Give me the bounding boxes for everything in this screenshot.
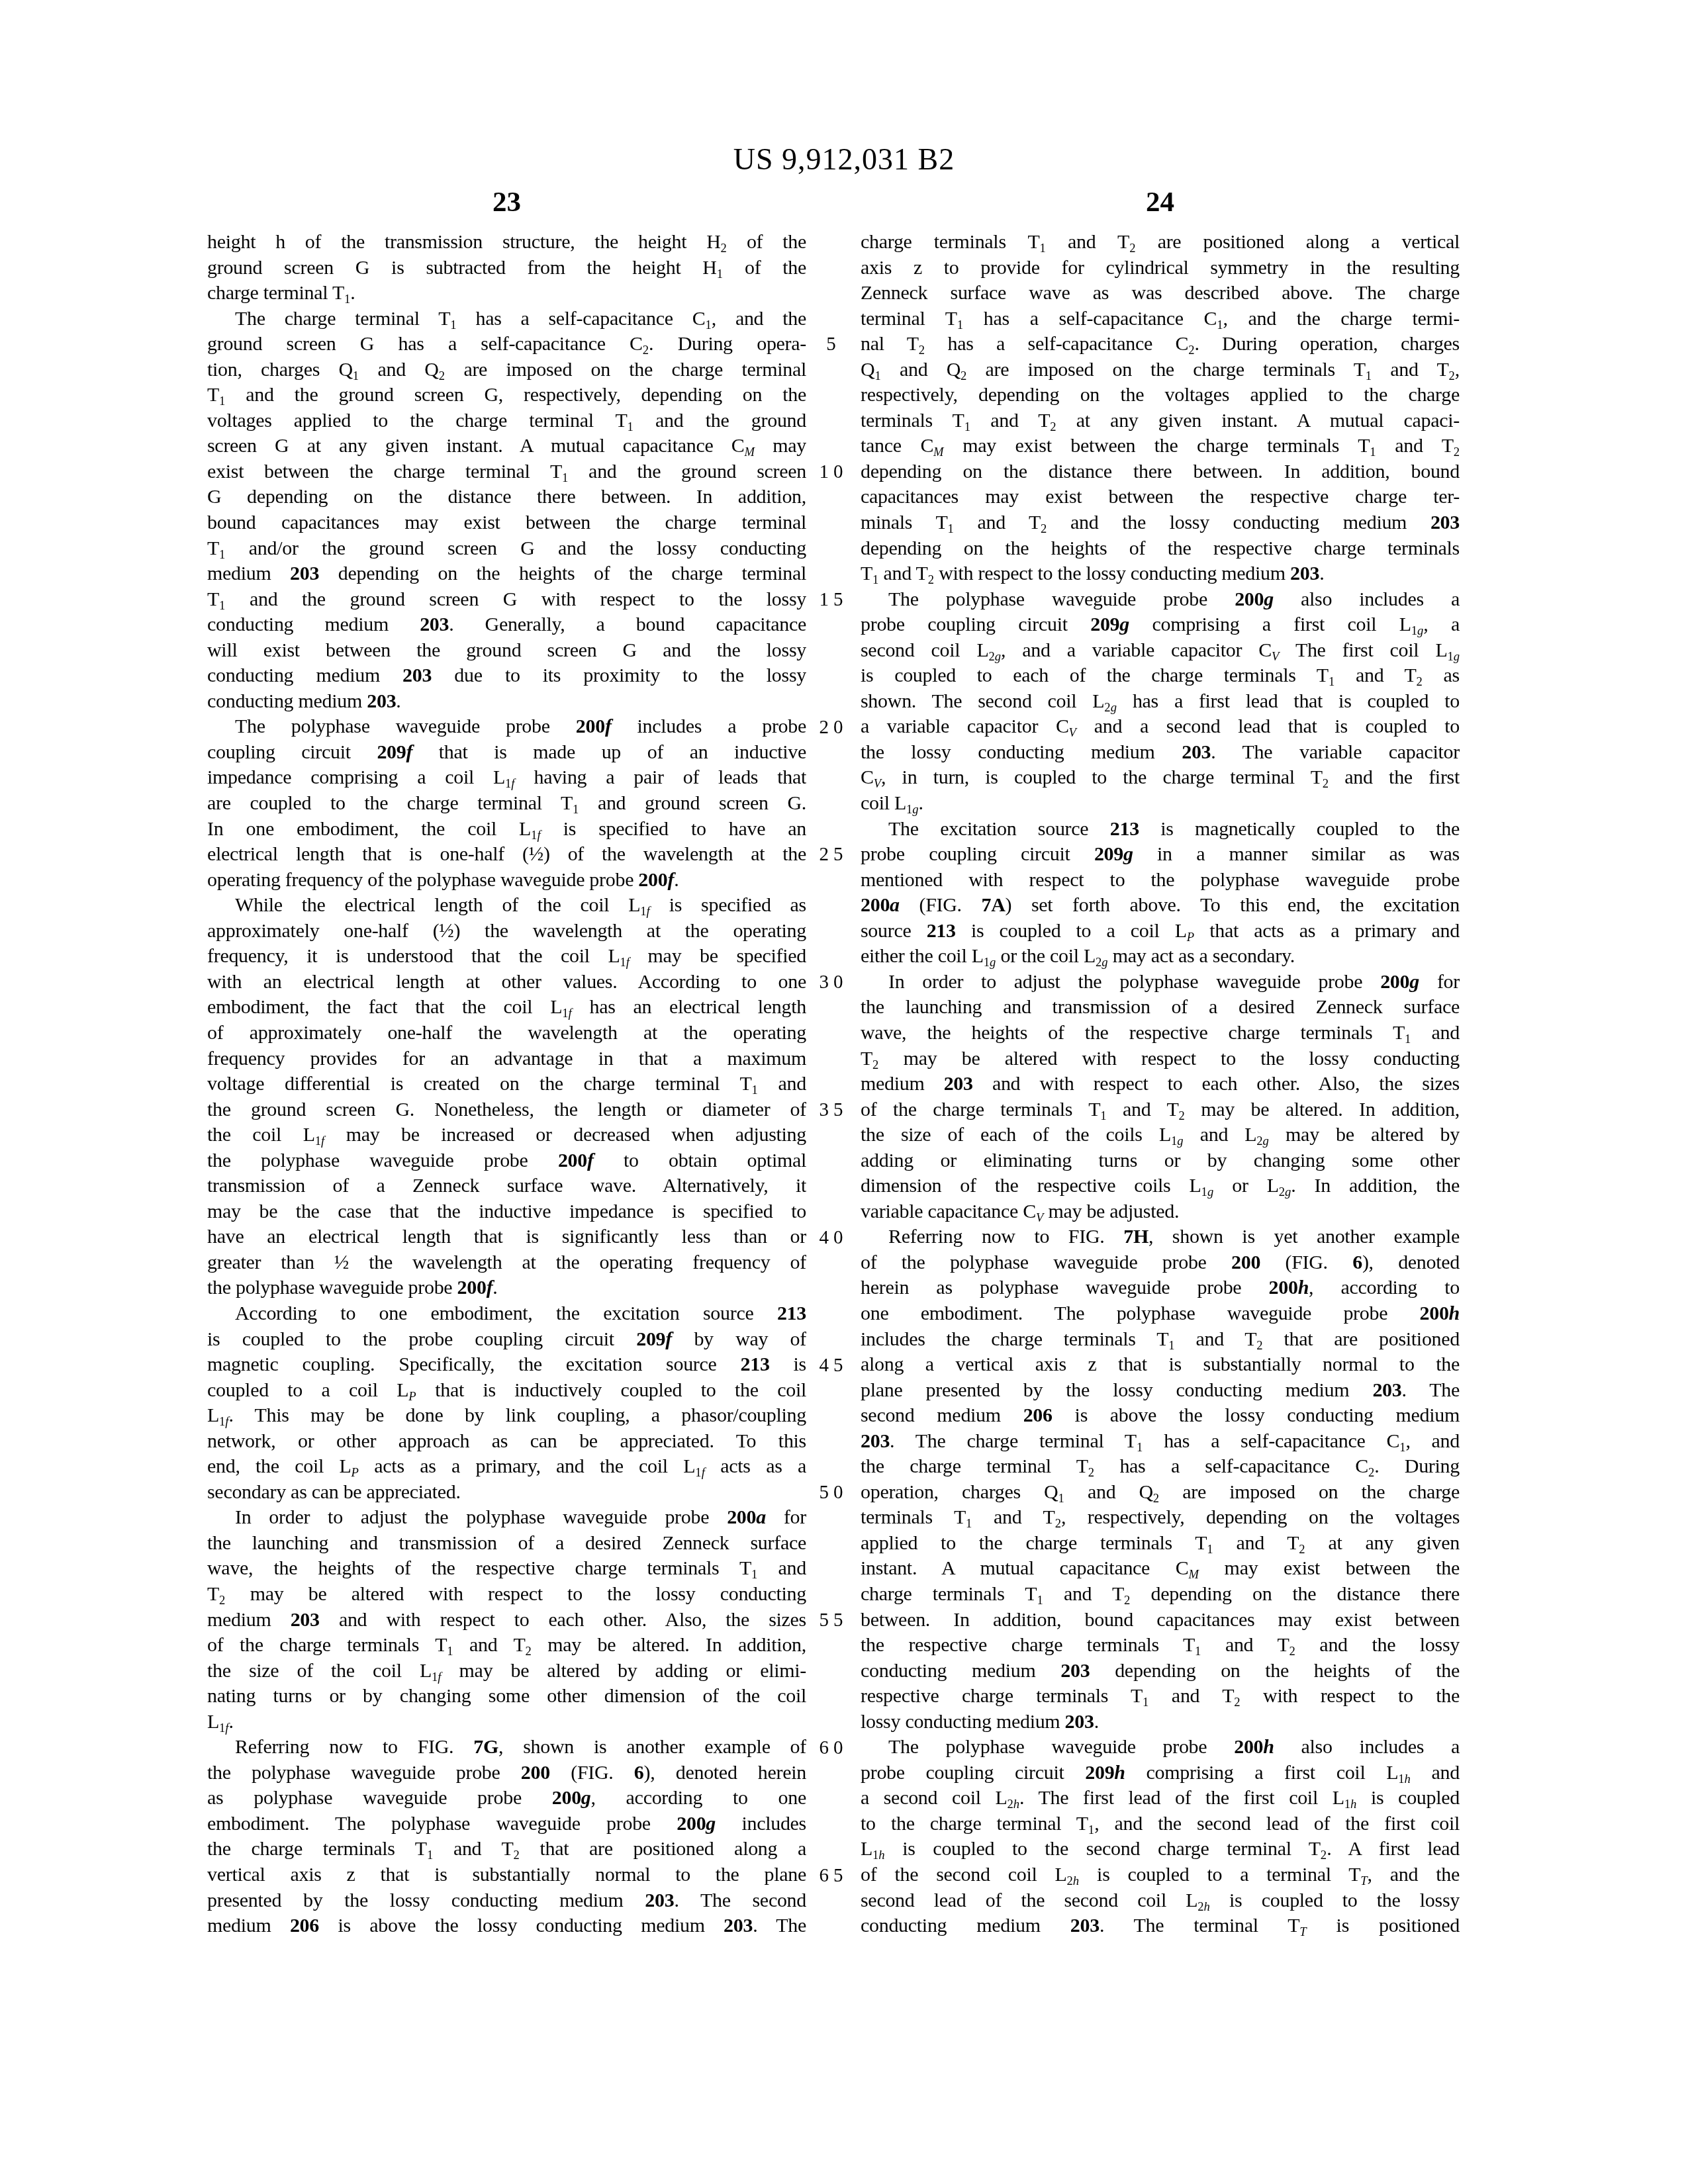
text-line: the size of the coil L1f may be altered …: [207, 1659, 806, 1684]
text-line: is coupled to the probe coupling circuit…: [207, 1327, 806, 1353]
text-line: T1 and/or the ground screen G and the lo…: [207, 536, 806, 562]
text-line: the launching and transmission of a desi…: [207, 1531, 806, 1557]
text-line: conducting medium 203.: [207, 689, 806, 715]
text-line: Q1 and Q2 are imposed on the charge term…: [861, 357, 1460, 383]
column-right-text: charge terminals T1 and T2 are positione…: [861, 230, 1460, 1939]
text-line: of the second coil L2h is coupled to a t…: [861, 1862, 1460, 1888]
text-line: T2 may be altered with respect to the lo…: [207, 1582, 806, 1608]
line-number: 25: [806, 842, 861, 868]
text-line: the charge terminals T1 and T2 that are …: [207, 1837, 806, 1862]
line-number: 20: [806, 715, 861, 741]
text-line: the coil L1f may be increased or decreas…: [207, 1122, 806, 1148]
text-line: is coupled to each of the charge termina…: [861, 663, 1460, 689]
text-line: The polyphase waveguide probe 200h also …: [861, 1735, 1460, 1760]
text-line: second medium 206 is above the lossy con…: [861, 1403, 1460, 1429]
text-line: includes the charge terminals T1 and T2 …: [861, 1327, 1460, 1353]
text-line: approximately one-half (½) the wavelengt…: [207, 919, 806, 944]
text-line: network, or other approach as can be app…: [207, 1429, 806, 1455]
text-line: embodiment, the fact that the coil L1f h…: [207, 995, 806, 1021]
text-line: L1h is coupled to the second charge term…: [861, 1837, 1460, 1862]
text-line: In order to adjust the polyphase wavegui…: [207, 1505, 806, 1531]
text-line: axis z to provide for cylindrical symmet…: [861, 255, 1460, 281]
text-line: tance CM may exist between the charge te…: [861, 433, 1460, 459]
text-line: charge terminals T1 and T2 are positione…: [861, 230, 1460, 255]
text-line: T1 and T2 with respect to the lossy cond…: [861, 561, 1460, 587]
text-line: source 213 is coupled to a coil LP that …: [861, 919, 1460, 944]
text-line: conducting medium 203 due to its proximi…: [207, 663, 806, 689]
text-line: instant. A mutual capacitance CM may exi…: [861, 1556, 1460, 1582]
text-line: second lead of the second coil L2h is co…: [861, 1888, 1460, 1914]
text-line: of the charge terminals T1 and T2 may be…: [861, 1097, 1460, 1123]
text-line: charge terminals T1 and T2 depending on …: [861, 1582, 1460, 1608]
text-line: The polyphase waveguide probe 200g also …: [861, 587, 1460, 613]
text-line: one embodiment. The polyphase waveguide …: [861, 1301, 1460, 1327]
text-line: a variable capacitor CV and a second lea…: [861, 714, 1460, 740]
text-line: may be the case that the inductive imped…: [207, 1199, 806, 1225]
text-line: the respective charge terminals T1 and T…: [861, 1633, 1460, 1659]
text-line: magnetic coupling. Specifically, the exc…: [207, 1352, 806, 1378]
text-line: probe coupling circuit 209g comprising a…: [861, 612, 1460, 638]
text-line: minals T1 and T2 and the lossy conductin…: [861, 510, 1460, 536]
column-number-right: 24: [861, 188, 1460, 216]
text-line: of approximately one-half the wavelength…: [207, 1021, 806, 1046]
line-number: 65: [806, 1863, 861, 1889]
text-line: depending on the heights of the respecti…: [861, 536, 1460, 562]
text-line: terminals T1 and T2, respectively, depen…: [861, 1505, 1460, 1531]
text-line: transmission of a Zenneck surface wave. …: [207, 1173, 806, 1199]
text-line: herein as polyphase waveguide probe 200h…: [861, 1275, 1460, 1301]
text-line: the charge terminal T2 has a self-capaci…: [861, 1454, 1460, 1480]
text-line: conducting medium 203. The terminal TT i…: [861, 1913, 1460, 1939]
text-line: of the polyphase waveguide probe 200 (FI…: [861, 1250, 1460, 1276]
text-line: probe coupling circuit 209h comprising a…: [861, 1760, 1460, 1786]
text-line: will exist between the ground screen G a…: [207, 638, 806, 664]
text-line: charge terminal T1.: [207, 281, 806, 306]
text-line: a second coil L2h. The first lead of the…: [861, 1786, 1460, 1811]
text-line: screen G at any given instant. A mutual …: [207, 433, 806, 459]
text-line: L1f.: [207, 1709, 806, 1735]
line-number: 10: [806, 459, 861, 485]
text-line: medium 203 and with respect to each othe…: [861, 1071, 1460, 1097]
text-line: CV, in turn, is coupled to the charge te…: [861, 765, 1460, 791]
text-line: vertical axis z that is substantially no…: [207, 1862, 806, 1888]
patent-number: US 9,912,031 B2: [0, 144, 1688, 175]
text-line: ground screen G has a self-capacitance C…: [207, 332, 806, 357]
text-line: terminals T1 and T2 at any given instant…: [861, 408, 1460, 434]
text-line: the polyphase waveguide probe 200f.: [207, 1275, 806, 1301]
line-number: 15: [806, 587, 861, 613]
text-line: greater than ½ the wavelength at the ope…: [207, 1250, 806, 1276]
text-line: While the electrical length of the coil …: [207, 893, 806, 919]
text-line: operating frequency of the polyphase wav…: [207, 868, 806, 893]
text-line: capacitances may exist between the respe…: [861, 484, 1460, 510]
text-line: variable capacitance CV may be adjusted.: [861, 1199, 1460, 1225]
line-number: 5: [806, 332, 861, 357]
text-line: either the coil L1g or the coil L2g may …: [861, 944, 1460, 970]
text-line: In one embodiment, the coil L1f is speci…: [207, 817, 806, 842]
text-line: applied to the charge terminals T1 and T…: [861, 1531, 1460, 1557]
text-line: electrical length that is one-half (½) o…: [207, 842, 806, 868]
text-line: the launching and transmission of a desi…: [861, 995, 1460, 1021]
text-line: tion, charges Q1 and Q2 are imposed on t…: [207, 357, 806, 383]
text-line: The excitation source 213 is magneticall…: [861, 817, 1460, 842]
text-line: terminal T1 has a self-capacitance C1, a…: [861, 306, 1460, 332]
text-line: coupled to a coil LP that is inductively…: [207, 1378, 806, 1404]
text-line: operation, charges Q1 and Q2 are imposed…: [861, 1480, 1460, 1506]
text-line: presented by the lossy conducting medium…: [207, 1888, 806, 1914]
text-line: secondary as can be appreciated.: [207, 1480, 806, 1506]
line-number: 30: [806, 970, 861, 995]
text-line: wave, the heights of the respective char…: [207, 1556, 806, 1582]
text-line: between. In addition, bound capacitances…: [861, 1608, 1460, 1633]
text-line: The charge terminal T1 has a self-capaci…: [207, 306, 806, 332]
text-line: voltage differential is created on the c…: [207, 1071, 806, 1097]
text-line: bound capacitances may exist between the…: [207, 510, 806, 536]
text-line: 203. The charge terminal T1 has a self-c…: [861, 1429, 1460, 1455]
text-line: medium 206 is above the lossy conducting…: [207, 1913, 806, 1939]
text-line: medium 203 and with respect to each othe…: [207, 1608, 806, 1633]
text-line: exist between the charge terminal T1 and…: [207, 459, 806, 485]
text-line: respective charge terminals T1 and T2 wi…: [861, 1684, 1460, 1709]
text-line: plane presented by the lossy conducting …: [861, 1378, 1460, 1404]
text-line: L1f. This may be done by link coupling, …: [207, 1403, 806, 1429]
text-line: the ground screen G. Nonetheless, the le…: [207, 1097, 806, 1123]
text-line: the polyphase waveguide probe 200 (FIG. …: [207, 1760, 806, 1786]
text-line: conducting medium 203 depending on the h…: [861, 1659, 1460, 1684]
line-number: 60: [806, 1735, 861, 1761]
text-line: height h of the transmission structure, …: [207, 230, 806, 255]
text-line: voltages applied to the charge terminal …: [207, 408, 806, 434]
text-line: embodiment. The polyphase waveguide prob…: [207, 1811, 806, 1837]
text-line: T1 and the ground screen G with respect …: [207, 587, 806, 613]
text-line: coupling circuit 209f that is made up of…: [207, 740, 806, 766]
text-line: Referring now to FIG. 7H, shown is yet a…: [861, 1224, 1460, 1250]
text-line: Zenneck surface wave as was described ab…: [861, 281, 1460, 306]
text-line: dimension of the respective coils L1g or…: [861, 1173, 1460, 1199]
text-line: T2 may be altered with respect to the lo…: [861, 1046, 1460, 1072]
line-number: 40: [806, 1225, 861, 1251]
text-line: frequency provides for an advantage in t…: [207, 1046, 806, 1072]
text-line: ground screen G is subtracted from the h…: [207, 255, 806, 281]
line-number: 55: [806, 1608, 861, 1633]
text-line: G depending on the distance there betwee…: [207, 484, 806, 510]
text-line: lossy conducting medium 203.: [861, 1709, 1460, 1735]
text-line: nating turns or by changing some other d…: [207, 1684, 806, 1709]
text-line: with an electrical length at other value…: [207, 970, 806, 995]
text-line: medium 203 depending on the heights of t…: [207, 561, 806, 587]
column-number-left: 23: [207, 188, 806, 216]
text-line: are coupled to the charge terminal T1 an…: [207, 791, 806, 817]
text-line: end, the coil LP acts as a primary, and …: [207, 1454, 806, 1480]
text-line: nal T2 has a self-capacitance C2. During…: [861, 332, 1460, 357]
text-line: According to one embodiment, the excitat…: [207, 1301, 806, 1327]
column-left-text: height h of the transmission structure, …: [207, 230, 806, 1939]
text-line: adding or eliminating turns or by changi…: [861, 1148, 1460, 1174]
text-line: probe coupling circuit 209g in a manner …: [861, 842, 1460, 868]
text-line: frequency, it is understood that the coi…: [207, 944, 806, 970]
text-line: 200a (FIG. 7A) set forth above. To this …: [861, 893, 1460, 919]
text-line: of the charge terminals T1 and T2 may be…: [207, 1633, 806, 1659]
patent-page: US 9,912,031 B2 23 24 height h of the tr…: [0, 0, 1688, 2184]
text-line: The polyphase waveguide probe 200f inclu…: [207, 714, 806, 740]
line-number-gutter: 5101520253035404550556065: [806, 230, 861, 1940]
text-line: have an electrical length that is signif…: [207, 1224, 806, 1250]
text-line: impedance comprising a coil L1f having a…: [207, 765, 806, 791]
text-line: wave, the heights of the respective char…: [861, 1021, 1460, 1046]
text-line: conducting medium 203. Generally, a boun…: [207, 612, 806, 638]
line-number: 50: [806, 1480, 861, 1506]
text-line: coil L1g.: [861, 791, 1460, 817]
text-line: as polyphase waveguide probe 200g, accor…: [207, 1786, 806, 1811]
text-line: to the charge terminal T1, and the secon…: [861, 1811, 1460, 1837]
text-line: shown. The second coil L2g has a first l…: [861, 689, 1460, 715]
text-line: along a vertical axis z that is substant…: [861, 1352, 1460, 1378]
line-number: 45: [806, 1353, 861, 1379]
text-line: the lossy conducting medium 203. The var…: [861, 740, 1460, 766]
text-line: Referring now to FIG. 7G, shown is anoth…: [207, 1735, 806, 1760]
text-line: second coil L2g, and a variable capacito…: [861, 638, 1460, 664]
text-line: T1 and the ground screen G, respectively…: [207, 383, 806, 408]
text-line: In order to adjust the polyphase wavegui…: [861, 970, 1460, 995]
line-number: 35: [806, 1097, 861, 1123]
text-line: depending on the distance there between.…: [861, 459, 1460, 485]
text-line: the polyphase waveguide probe 200f to ob…: [207, 1148, 806, 1174]
text-line: respectively, depending on the voltages …: [861, 383, 1460, 408]
text-line: mentioned with respect to the polyphase …: [861, 868, 1460, 893]
text-line: the size of each of the coils L1g and L2…: [861, 1122, 1460, 1148]
